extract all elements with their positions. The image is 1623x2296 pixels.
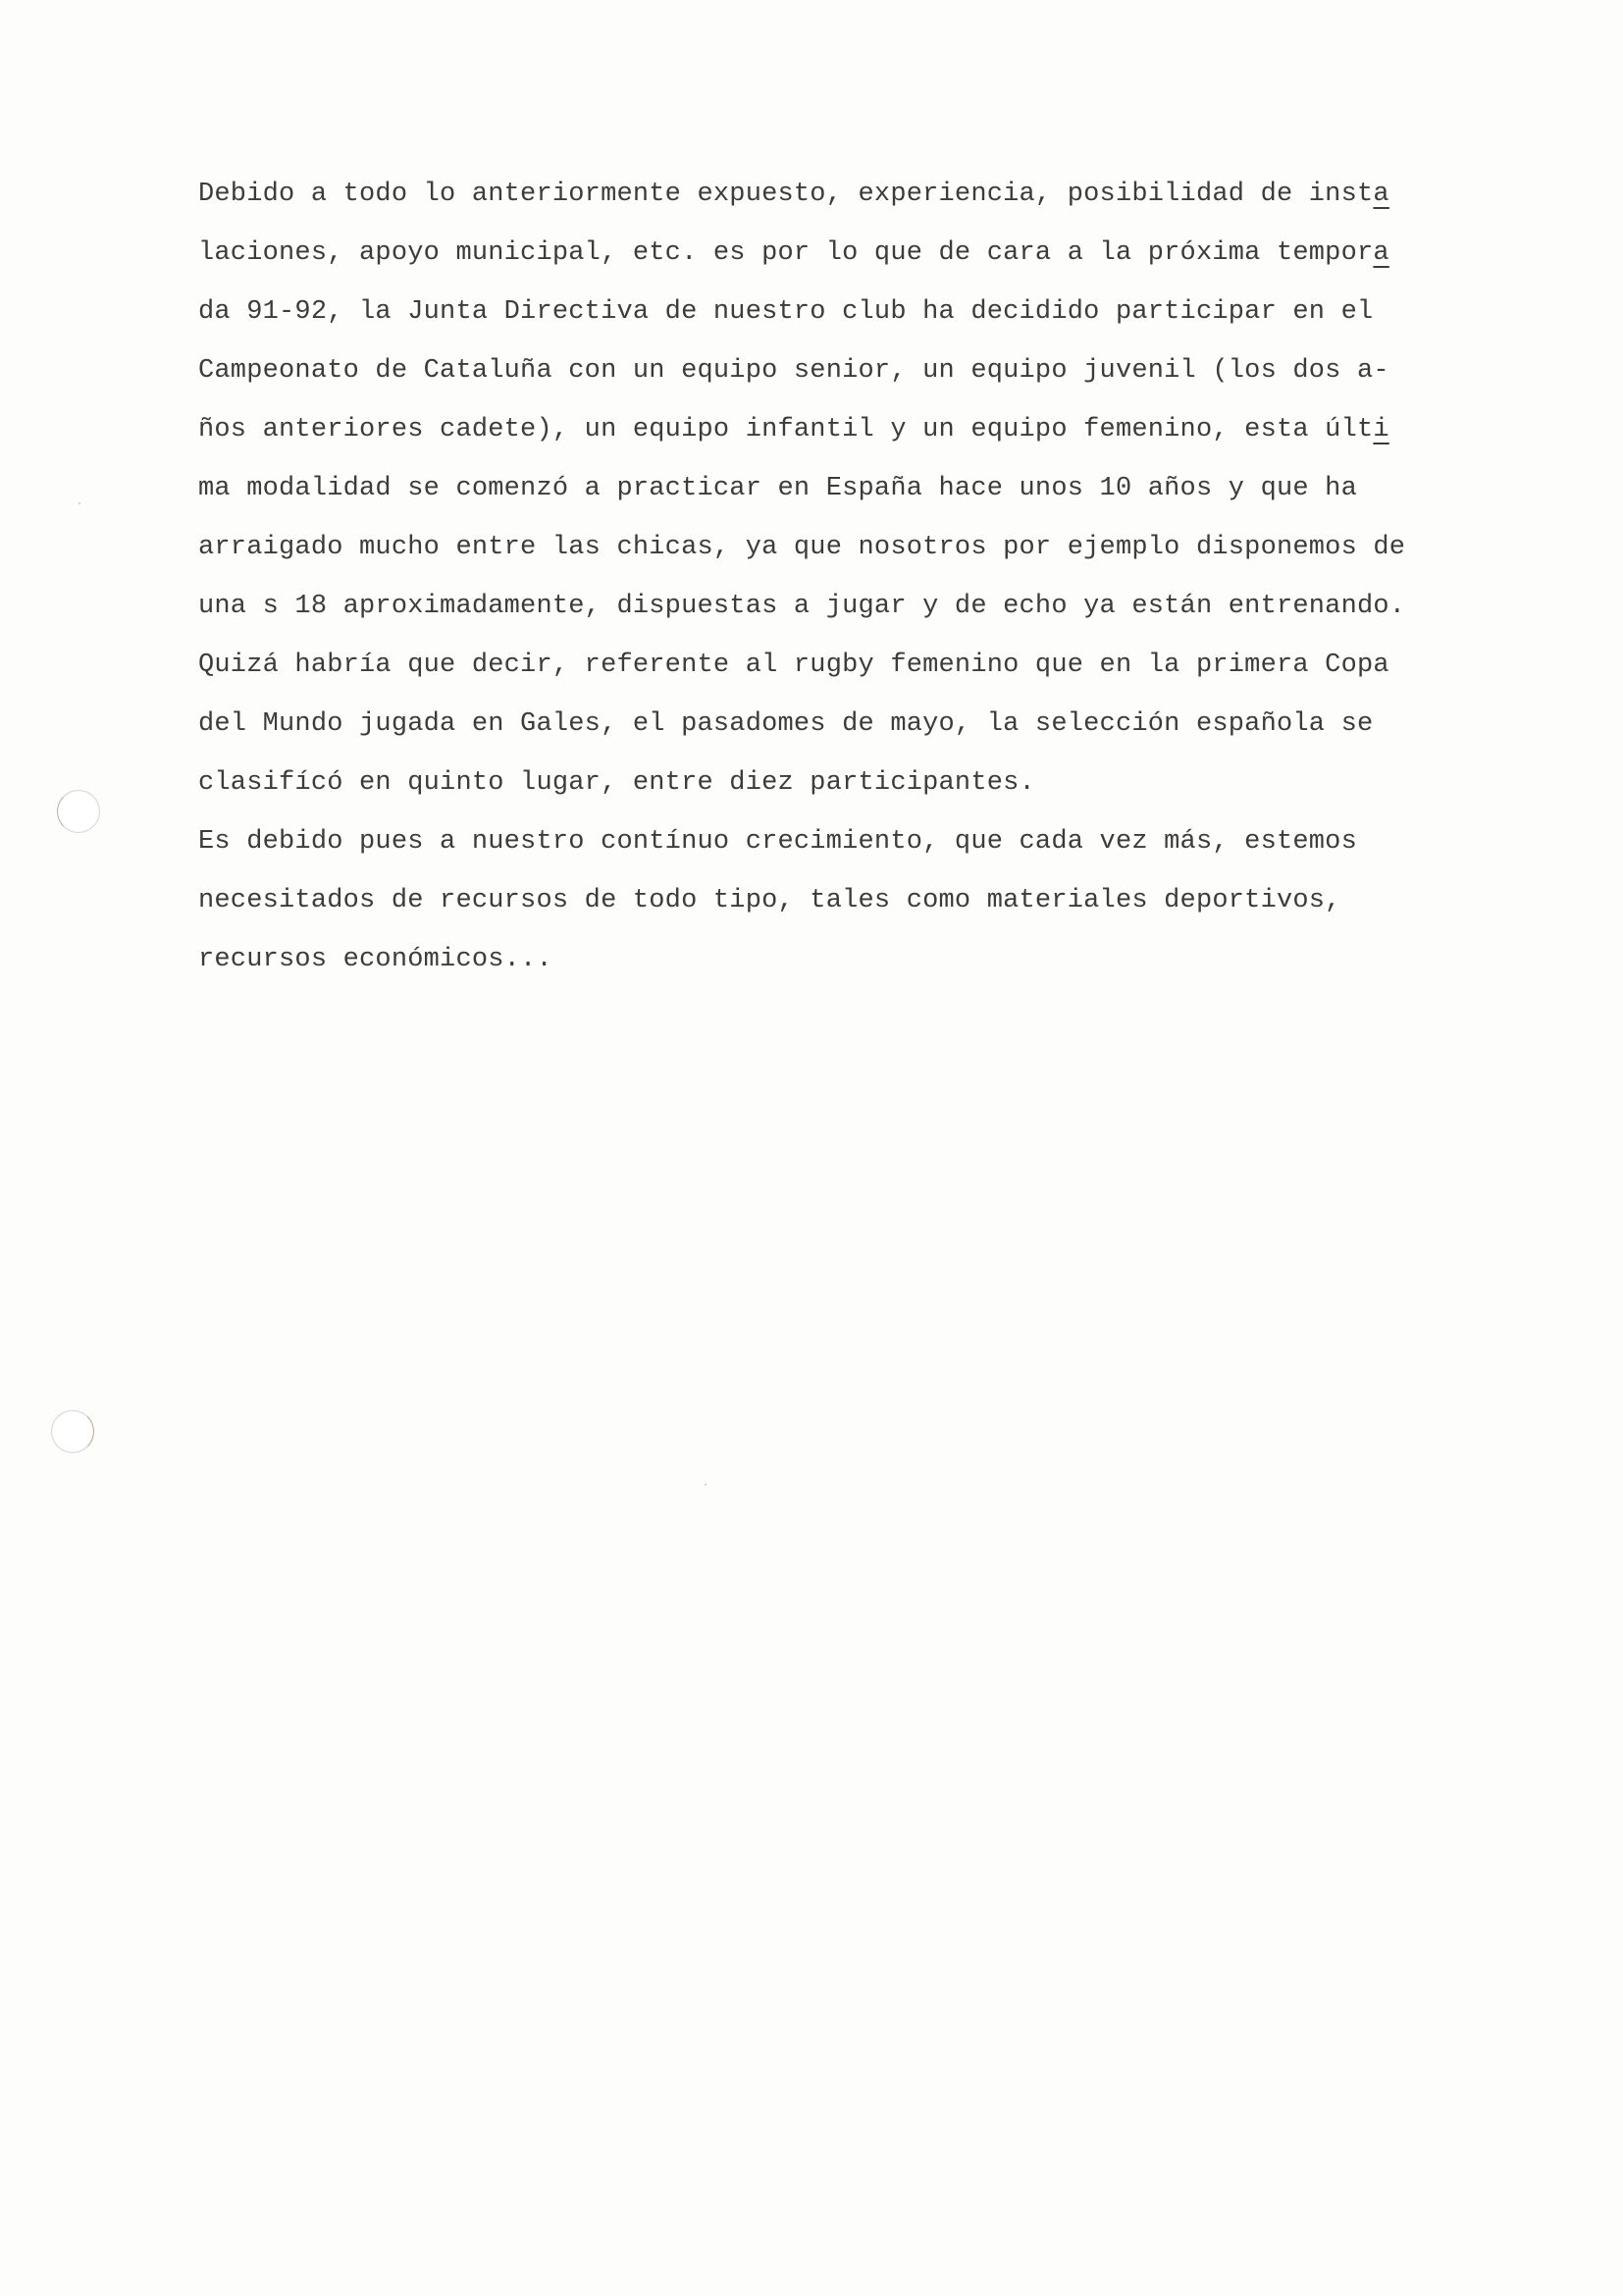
text-line: del Mundo jugada en Gales, el pasadomes … — [198, 695, 1552, 754]
text-line: Es debido pues a nuestro contínuo crecim… — [198, 812, 1552, 871]
text-line: Quizá habría que decir, referente al rug… — [198, 636, 1552, 695]
text-line: ños anteriores cadete), un equipo infant… — [198, 400, 1552, 459]
text-line: arraigado mucho entre las chicas, ya que… — [198, 518, 1552, 577]
typewritten-page: Debido a todo lo anteriormente expuesto,… — [0, 0, 1623, 2296]
text-line: recursos económicos... — [198, 930, 1552, 989]
text-line: laciones, apoyo municipal, etc. es por l… — [198, 224, 1552, 283]
paper-speck — [79, 502, 80, 504]
text-line: clasifícó en quinto lugar, entre diez pa… — [198, 754, 1552, 812]
body-text: Debido a todo lo anteriormente expuesto,… — [198, 165, 1552, 989]
text-line: necesitados de recursos de todo tipo, ta… — [198, 871, 1552, 930]
punch-hole — [51, 1410, 94, 1453]
text-line: una s 18 aproximadamente, dispuestas a j… — [198, 577, 1552, 636]
text-line: ma modalidad se comenzó a practicar en E… — [198, 459, 1552, 518]
punch-hole — [57, 790, 100, 833]
text-line: Campeonato de Cataluña con un equipo sen… — [198, 341, 1552, 400]
paper-speck — [705, 1484, 707, 1486]
text-line: Debido a todo lo anteriormente expuesto,… — [198, 165, 1552, 224]
text-line: da 91-92, la Junta Directiva de nuestro … — [198, 283, 1552, 341]
